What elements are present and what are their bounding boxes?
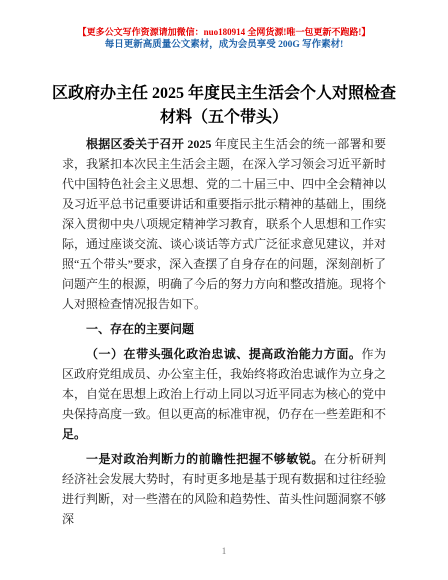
section-heading-text: 一、存在的主要问题: [86, 322, 194, 336]
paragraph-point-one: 一是对政治判断力的前瞻性把握不够敏锐。在分析研判经济社会发展大势时，有时更多地是…: [62, 449, 386, 529]
paragraph-point-one-lead: 一是对政治判断力的前瞻性把握不够敏锐。: [86, 452, 324, 466]
document-page: 【更多公文写作资源请加微信：nuo180914 全网货源!唯一包更新不跑路!】 …: [0, 0, 448, 580]
paragraph-intro: 根据区委关于召开 2025 年度民主生活会的统一部署和要求，我紧扣本次民主生活会…: [62, 134, 386, 314]
document-body: 根据区委关于召开 2025 年度民主生活会的统一部署和要求，我紧扣本次民主生活会…: [62, 134, 386, 529]
section-heading-problems: 一、存在的主要问题: [62, 319, 386, 339]
paragraph-item-one: （一）在带头强化政治忠诚、提高政治能力方面。作为区政府党组成员、办公室主任，我始…: [62, 344, 386, 444]
paragraph-intro-text: 年度民主生活会的统一部署和要求，我紧扣本次民主生活会主题，在深入学习领会习近平新…: [62, 137, 386, 311]
paragraph-intro-lead: 根据区委关于召开 2025: [86, 137, 211, 151]
page-number: 1: [0, 546, 448, 556]
ad-banner: 【更多公文写作资源请加微信：nuo180914 全网货源!唯一包更新不跑路!】 …: [0, 0, 448, 52]
ad-line-blue: 每日更新高质量公文素材，成为会员享受 200G 写作素材!: [0, 39, 448, 52]
paragraph-item-one-lead: （一）在带头强化政治忠诚、提高政治能力方面。: [86, 347, 361, 361]
ad-line-red: 【更多公文写作资源请加微信：nuo180914 全网货源!唯一包更新不跑路!】: [0, 26, 448, 39]
document-title: 区政府办主任 2025 年度民主生活会个人对照检查材料（五个带头）: [52, 82, 396, 130]
paragraph-item-one-tail: 足。: [62, 427, 86, 441]
